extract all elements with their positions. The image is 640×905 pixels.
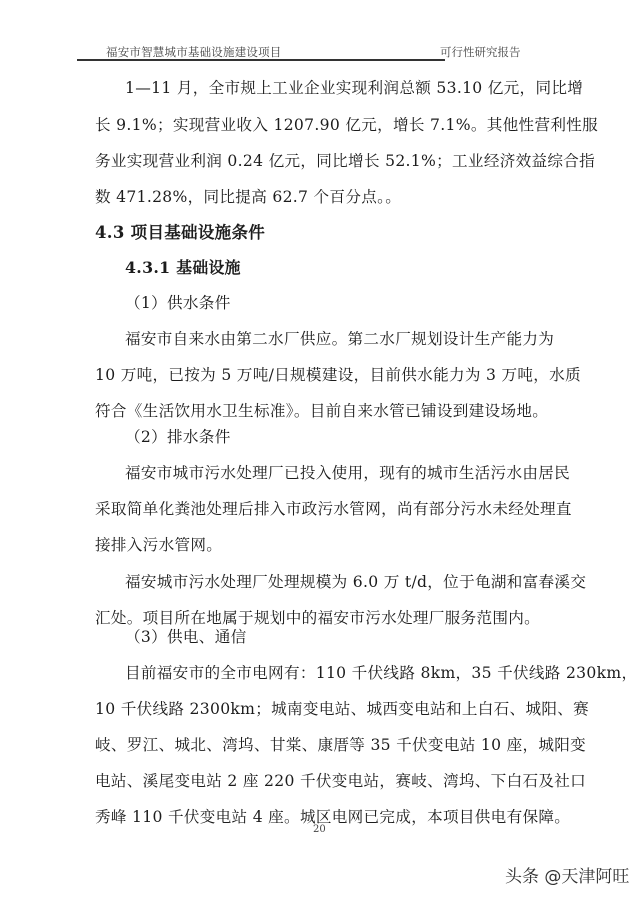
item-heading-power-telecom: （3）供电、通信 — [125, 627, 246, 647]
paragraph-line: 福安市城市污水处理厂已投入使用，现有的城市生活污水由居民 — [125, 463, 570, 483]
watermark: 头条 @天津阿旺 — [505, 862, 629, 887]
section-heading: 4.3 项目基础设施条件 — [95, 223, 265, 243]
page-number: 20 — [313, 824, 326, 835]
paragraph-line: 岐、罗江、城北、湾坞、甘棠、康厝等 35 千伏变电站 10 座，城阳变 — [95, 735, 586, 755]
paragraph-line: 电站、溪尾变电站 2 座 220 千伏变电站，赛岐、湾坞、下白石及社口 — [95, 771, 586, 791]
paragraph-line: 10 千伏线路 2300km；城南变电站、城西变电站和上白石、城阳、赛 — [95, 699, 589, 719]
paragraph-line: 汇处。项目所在地属于规划中的福安市污水处理厂服务范围内。 — [95, 608, 540, 628]
item-heading-drainage: （2）排水条件 — [125, 427, 231, 447]
paragraph-line: 符合《生活饮用水卫生标准》。目前自来水管已铺设到建设场地。 — [95, 401, 548, 421]
paragraph-line: 采取简单化粪池处理后排入市政污水管网，尚有部分污水未经处理直 — [95, 499, 572, 519]
paragraph-line: 福安市自来水由第二水厂供应。第二水厂规划设计生产能力为 — [125, 329, 554, 349]
paragraph-line: 长 9.1%；实现营业收入 1207.90 亿元，增长 7.1%。其他性营利性服 — [95, 115, 598, 135]
header-project-title: 福安市智慧城市基础设施建设项目 — [106, 44, 282, 60]
header-report-type: 可行性研究报告 — [440, 44, 521, 60]
header-divider — [77, 59, 445, 61]
subsection-heading: 4.3.1 基础设施 — [125, 258, 241, 278]
paragraph-line: 1—11 月，全市规上工业企业实现利润总额 53.10 亿元，同比增 — [125, 78, 583, 98]
paragraph-line: 福安城市污水处理厂处理规模为 6.0 万 t/d，位于龟湖和富春溪交 — [125, 572, 586, 592]
paragraph-line: 数 471.28%，同比提高 62.7 个百分点。。 — [95, 187, 401, 207]
paragraph-line: 秀峰 110 千伏变电站 4 座。城区电网已完成，本项目供电有保障。 — [95, 807, 570, 827]
paragraph-line: 10 万吨，已按为 5 万吨/日规模建设，目前供水能力为 3 万吨，水质 — [95, 365, 581, 385]
paragraph-line: 接排入污水管网。 — [95, 535, 222, 555]
paragraph-line: 目前福安市的全市电网有：110 千伏线路 8km，35 千伏线路 230km， — [125, 663, 637, 683]
item-heading-water-supply: （1）供水条件 — [125, 293, 231, 313]
paragraph-line: 务业实现营业利润 0.24 亿元，同比增长 52.1%；工业经济效益综合指 — [95, 151, 595, 171]
